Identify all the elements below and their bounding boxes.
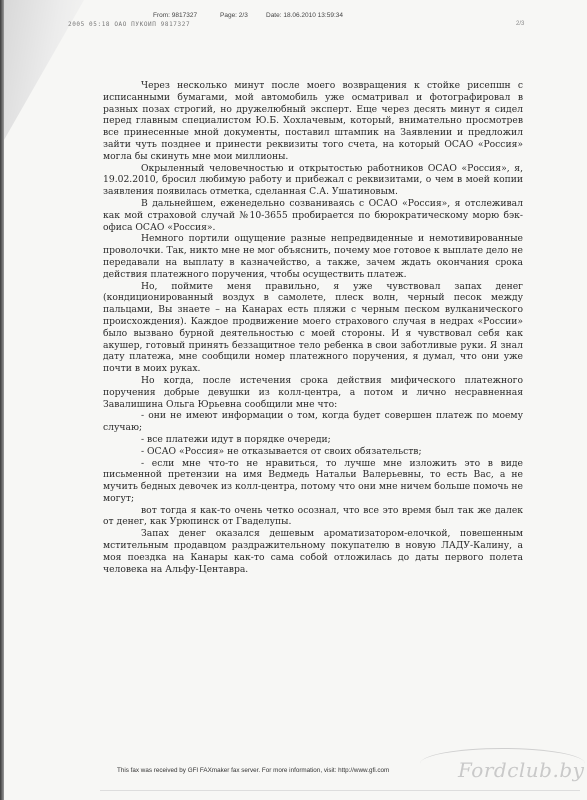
paper-left-edge (0, 0, 4, 800)
paragraph: В дальнейшем, еженедельно созваниваясь с… (103, 198, 523, 233)
list-item: - они не имеют информации о том, когда б… (103, 410, 523, 434)
paragraph: Немного портили ощущение разные непредви… (103, 233, 523, 280)
paragraph: Через несколько минут после моего возвра… (103, 80, 523, 163)
fax-date: Date: 18.06.2010 13:59:34 (266, 12, 343, 19)
watermark-logo: Fordclub.by (458, 758, 584, 782)
paragraph: Запах денег оказался дешевым ароматизато… (103, 528, 523, 575)
list-item: - ОСАО «Россия» не отказывается от своих… (103, 446, 523, 458)
paragraph: Но, поймите меня правильно, я уже чувств… (103, 281, 523, 375)
fax-from: From: 9817327 (153, 12, 197, 19)
paragraph: Окрыленный человечностью и открытостью р… (103, 163, 523, 198)
fax-header: From: 9817327 Page: 2/3 Date: 18.06.2010… (0, 10, 587, 30)
list-item: - все платежи идут в порядке очереди; (103, 434, 523, 446)
fax-old-header-line: 2005 05:18 OAO ПУКОИП 9817327 (68, 21, 190, 28)
fax-footer: This fax was received by GFI FAXmaker fa… (117, 767, 389, 774)
paragraph: вот тогда я как-то очень четко осознал, … (103, 505, 523, 529)
fax-page: Page: 2/3 (220, 12, 248, 19)
page-number: 2/3 (516, 21, 524, 27)
bottom-divider (100, 790, 580, 791)
list-item: - если мне что-то не нравиться, то лучше… (103, 458, 523, 505)
paragraph: Но когда, после истечения срока действия… (103, 375, 523, 410)
letter-body: Через несколько минут после моего возвра… (103, 80, 523, 575)
